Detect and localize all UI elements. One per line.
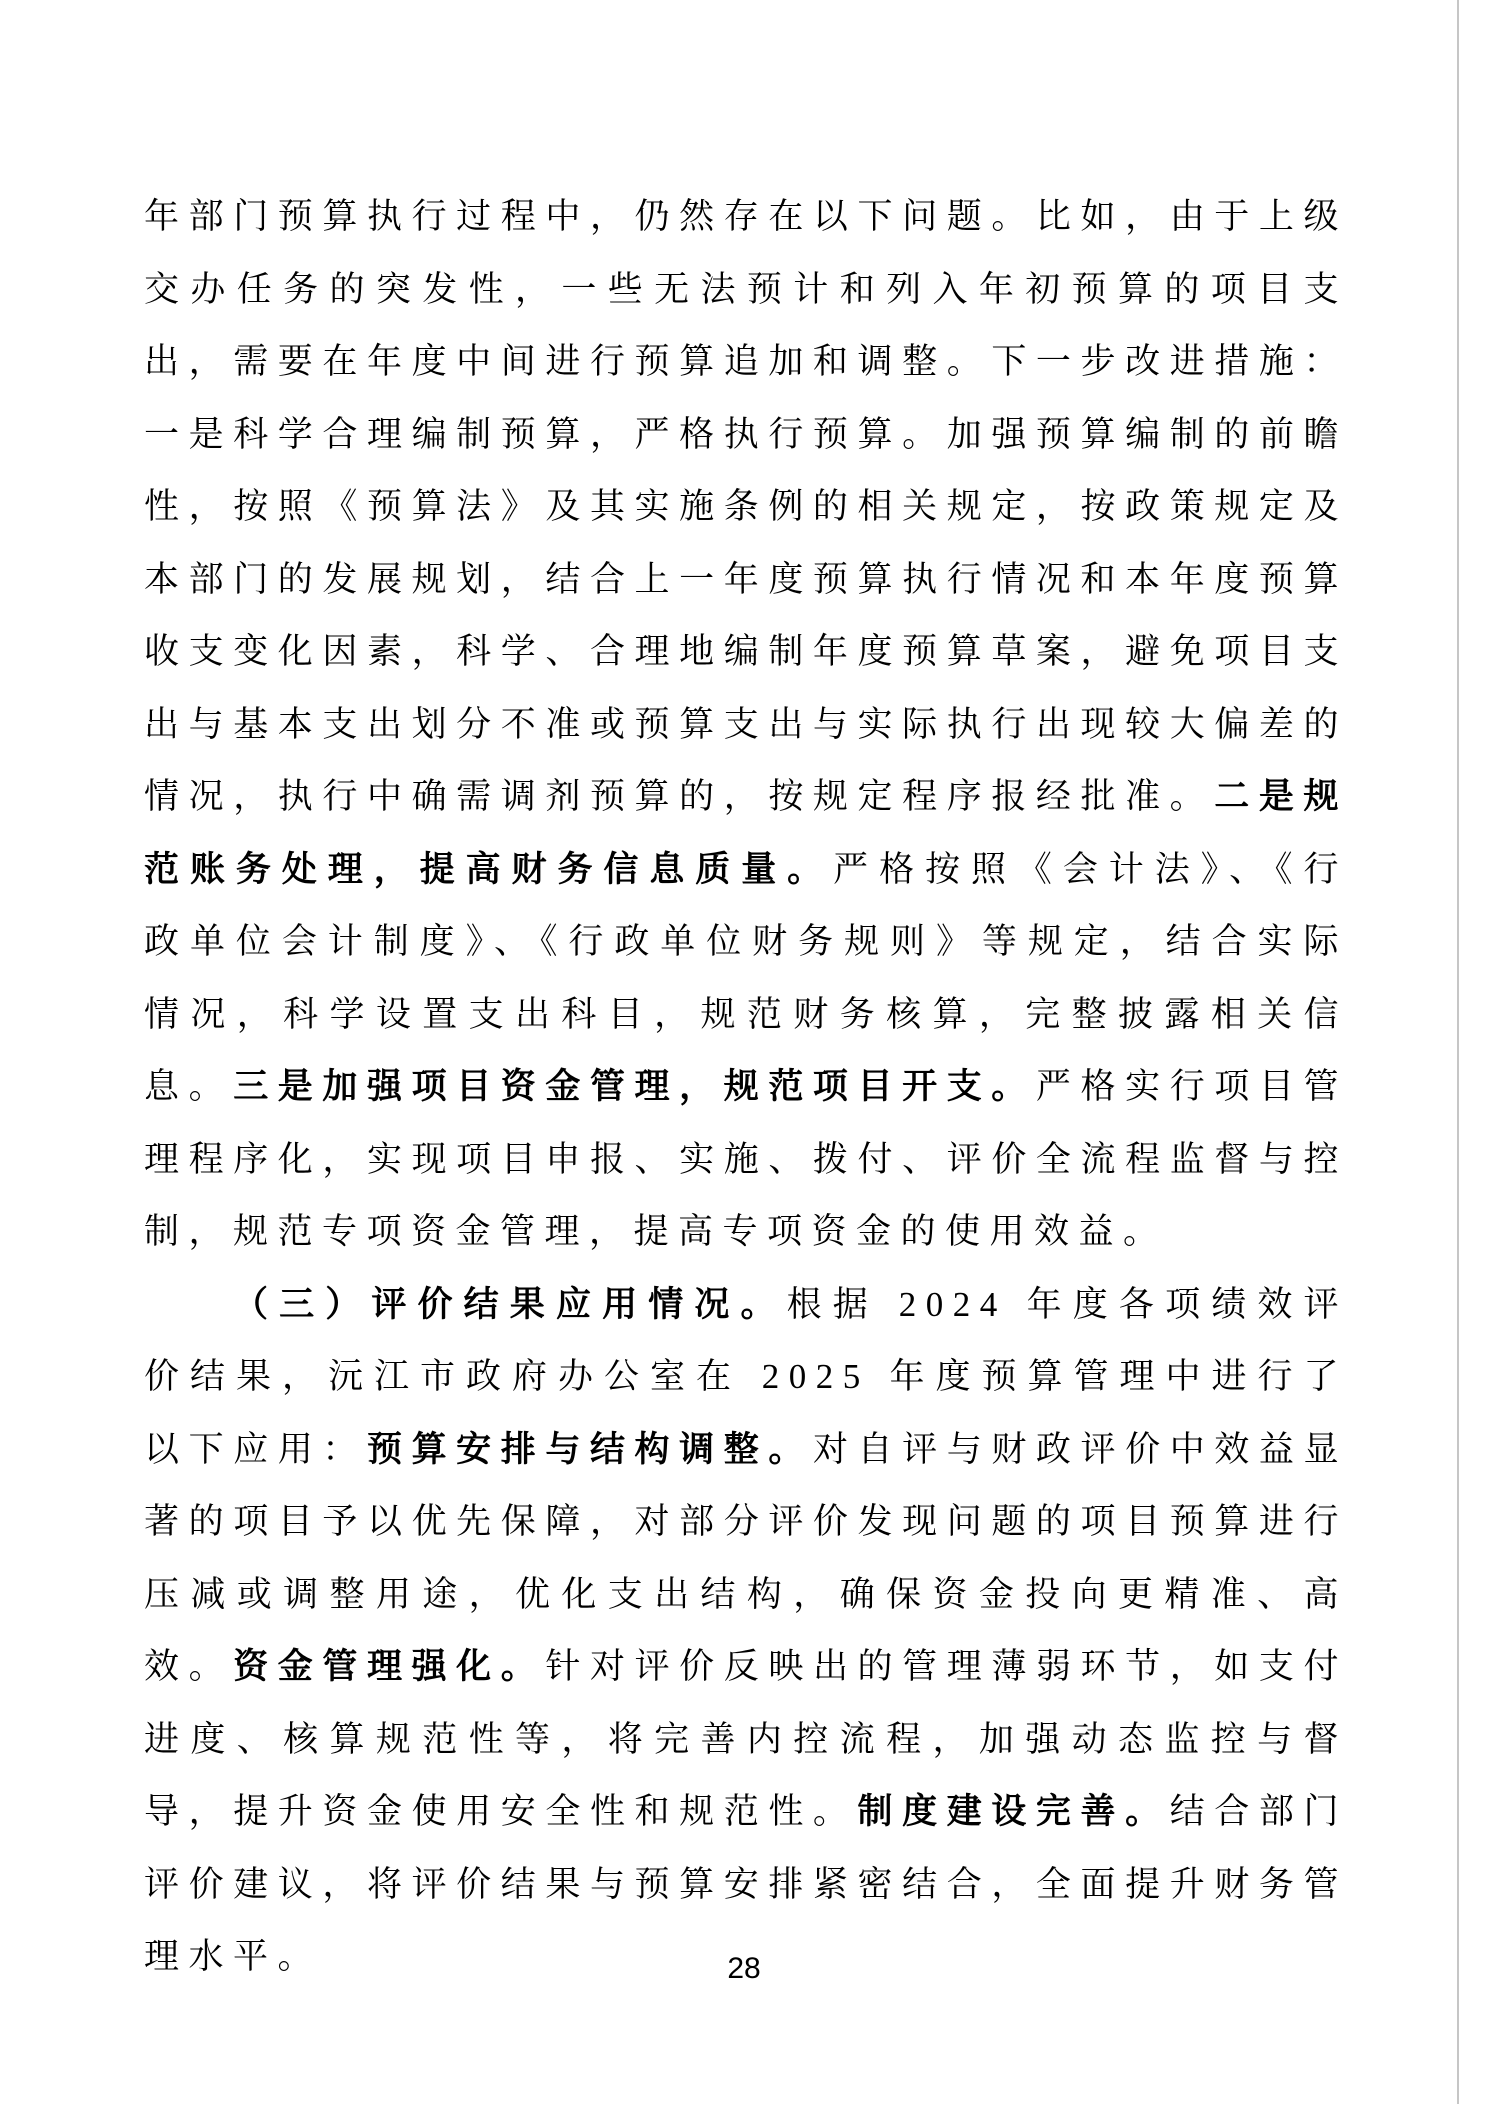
section-heading-run: （三）评价结果应用情况。 [233,1285,787,1324]
page-number: 28 [0,1952,1488,1986]
text-run-bold: 预算安排与结构调整。 [367,1430,813,1469]
text-run-bold: 制度建设完善。 [858,1792,1170,1831]
text-run: 年部门预算执行过程中，仍然存在以下问题。比如，由于上级交办任务的突发性，一些无法… [144,197,1348,816]
text-column: 年部门预算执行过程中，仍然存在以下问题。比如，由于上级交办任务的突发性，一些无法… [144,181,1348,1994]
page-edge-divider [1457,0,1459,2104]
paragraph: 年部门预算执行过程中，仍然存在以下问题。比如，由于上级交办任务的突发性，一些无法… [144,181,1348,1269]
paragraph: （三）评价结果应用情况。根据 2024 年度各项绩效评价结果，沅江市政府办公室在… [144,1269,1348,1994]
document-page: 年部门预算执行过程中，仍然存在以下问题。比如，由于上级交办任务的突发性，一些无法… [0,0,1488,2104]
text-run-bold: 资金管理强化。 [233,1647,545,1686]
text-run-bold: 三是加强项目资金管理，规范项目开支。 [233,1067,1036,1106]
